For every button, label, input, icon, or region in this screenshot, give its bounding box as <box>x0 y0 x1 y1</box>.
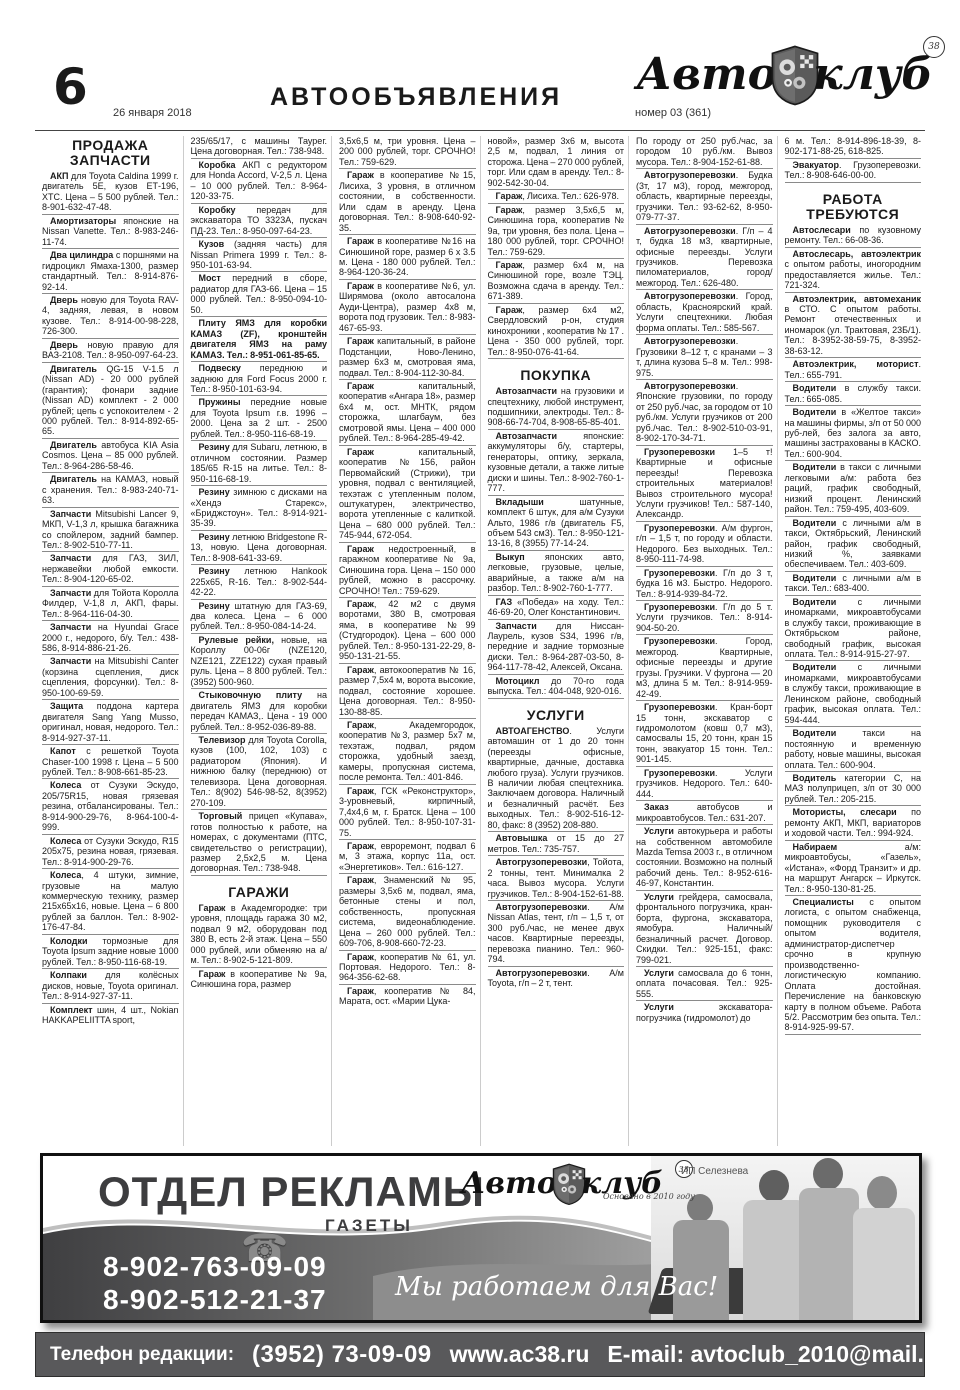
classifieds-area: ПРОДАЖА ЗАПЧАСТИАКП для Toyota Caldina 1… <box>35 136 925 1146</box>
ad-item: Гараж, кооператив № 84, Марата, ост. «Ма… <box>339 986 476 1008</box>
column-2: 235/65/17, с машины Таурег. Цена договор… <box>183 136 332 1146</box>
newspaper-page: { "header": { "page_number": "6", "date"… <box>0 0 960 1390</box>
ad-item: Запчасти для ГАЗ, ЗИЛ, нержавейки любой … <box>42 553 179 586</box>
ad-item: Резину для Subaru, летнюю, в отличном со… <box>191 442 328 486</box>
column-5: По городу от 250 руб./час, за городом 10… <box>628 136 777 1146</box>
ad-item: Автослесари по кузовному ремонту. Тел.: … <box>785 225 922 248</box>
ad-item: Гараж в Академгородке: три уровня, площа… <box>191 903 328 968</box>
ad-item: Пружины передние новые для Toyota Ipsum … <box>191 397 328 441</box>
ad-item: Плиту ЯМЗ для коробки КАМАЗ (ZF), кроншт… <box>191 318 328 362</box>
ad-item: Колпаки для колёсных дисков, новые, Toyo… <box>42 970 179 1003</box>
ad-item: По городу от 250 руб./час, за городом 10… <box>636 136 773 169</box>
ad-item: Гараж капитальный, кооператив №156, райо… <box>339 447 476 543</box>
ad-item: Колеса от Сузуки Эскудо, 205/75R15, нова… <box>42 780 179 834</box>
ad-item: Запчасти для Тойота Королла Филдер, V-1,… <box>42 588 179 621</box>
page-header: 6 26 января 2018 АВТООБЪЯВЛЕНИЯ номер 03… <box>35 58 925 130</box>
ad-item: Стыковочную плиту на двигатель ЯМЗ для к… <box>191 690 328 734</box>
section-heading: РАБОТА ТРЕБУЮТСЯ <box>785 192 922 222</box>
ad-item: Мотористы, слесари по ремонту АКП, МКП, … <box>785 807 922 840</box>
ad-item: Автогрузоперевозки. Будка (3т, 17 м3), г… <box>636 170 773 224</box>
ad-item: Гараж, Знаменский № 95, размеры 3,5х6 м,… <box>339 875 476 950</box>
ad-item: Гараж, размер 6х4 м, на Синюшиной горе, … <box>488 260 625 304</box>
ad-item: Гараж, кооператив № 61, ул. Портовая. Не… <box>339 952 476 985</box>
footer-bar: Телефон редакции: (3952) 73-09-09 www.ac… <box>35 1332 925 1377</box>
ad-item: Запчасти на Hyundai Grace 2000 г., недор… <box>42 622 179 655</box>
issue-number: номер 03 (361) <box>635 107 711 119</box>
page-title: АВТООБЪЯВЛЕНИЯ <box>270 83 562 112</box>
ad-item: Мост передний в сборе, радиатор для ГАЗ-… <box>191 273 328 317</box>
ad-item: Гараж, 42 м2 с двумя воротами, 380 В, см… <box>339 599 476 664</box>
logo-region-badge: 38 <box>923 36 945 58</box>
ad-item: Двигатель на КАМАЗ, новый с хранения. Те… <box>42 474 179 507</box>
banner-phone-1: 8-902-763-09-09 <box>103 1250 327 1283</box>
ad-item: Торговый прицеп «Купава», готов полность… <box>191 811 328 876</box>
ad-item: АКП для Toyota Caldina 1999 г. двигатель… <box>42 171 179 215</box>
ad-item: Резину зимнюю с дисками на «Хендэ Старек… <box>191 487 328 531</box>
banner-subtitle: ГАЗЕТЫ <box>325 1216 413 1236</box>
ad-item: Водители с личными а/м в такси, Октябрьс… <box>785 518 922 572</box>
ad-item: Коробку передач для экскаватора ТО 3323А… <box>191 205 328 238</box>
banner-owner: ИП Селезнева <box>681 1166 748 1177</box>
ad-item: Резину летнюю Hankook 225х65, R-16. Тел.… <box>191 566 328 599</box>
ad-item: 6 м. Тел.: 8-914-896-18-39, 8-902-171-88… <box>785 136 922 159</box>
banner-title: ОТДЕЛ РЕКЛАМЫ <box>98 1168 485 1216</box>
footer-website: www.ac38.ru <box>450 1341 590 1368</box>
ad-item: Водители с личными иномарками, микроавто… <box>785 662 922 727</box>
ad-item: Водители в службу такси. Тел.: 665-085. <box>785 383 922 406</box>
ad-item: Водитель категории С, на МАЗ полуприцеп,… <box>785 773 922 806</box>
banner-phone-2: 8-902-512-21-37 <box>103 1283 327 1316</box>
ad-item: Амортизаторы японские на Nissan Vanette.… <box>42 216 179 249</box>
section-heading: ПОКУПКА <box>488 368 625 383</box>
ad-item: Гараж капитальный, кооператив «Ангара 18… <box>339 381 476 446</box>
ad-item: Гараж, Академгородок, кооператив №3, раз… <box>339 720 476 785</box>
ad-item: Гараж в кооперативе № 9а, Синюшина гора,… <box>191 969 328 991</box>
issue-date: 26 января 2018 <box>113 107 192 119</box>
ad-item: Гараж недостроенный, в гаражном кооперат… <box>339 544 476 598</box>
section-heading: УСЛУГИ <box>488 708 625 723</box>
ad-item: Водители в такси с личными легковыми а/м… <box>785 462 922 516</box>
page-number: 6 <box>53 62 88 112</box>
ad-item: Автовышка от 15 до 27 метров. Тел.: 735-… <box>488 833 625 856</box>
ad-item: Резину штатную для ГАЗ-69, два колеса. Ц… <box>191 601 328 634</box>
ad-item: Грузоперевозки. А/м фургон, г/п – 1,5 т,… <box>636 523 773 567</box>
column-1: ПРОДАЖА ЗАПЧАСТИАКП для Toyota Caldina 1… <box>35 136 183 1146</box>
logo-word-2: клуб <box>813 53 933 97</box>
ad-item: Заказ автобусов и микроавтобусов. Тел.: … <box>636 802 773 825</box>
ad-item: Услуги экскаватора-погрузчика (гидромоло… <box>636 1002 773 1024</box>
ad-item: Колодки тормозные для Toyota Ipsum задни… <box>42 936 179 969</box>
ad-item: Запчасти Mitsubishi Lancer 9, МКП, V-1,3… <box>42 509 179 553</box>
ad-item: ГАЗ «Победа» на ходу. Тел.: 46-69-20, Ол… <box>488 597 625 620</box>
ad-item: Автогрузоперевозки. Город, область, Крас… <box>636 291 773 335</box>
logo-founded-text: Основано в 2010 году <box>603 1192 695 1201</box>
ad-item: Гараж в кооперативе №15, Лисиха, 3 уровн… <box>339 170 476 235</box>
section-heading: ГАРАЖИ <box>191 885 328 900</box>
ad-item: новой», размер 3х6 м, высота 2,5 м, подв… <box>488 136 625 190</box>
footer-phone-label: Телефон редакции: <box>50 1344 234 1366</box>
ad-item: Гараж капитальный, в районе Подстанции, … <box>339 336 476 380</box>
ad-item: Рулевые рейки, новые, на Короллу 00-06г … <box>191 635 328 689</box>
column-4: новой», размер 3х6 м, высота 2,5 м, подв… <box>480 136 629 1146</box>
ad-item: Грузоперевозки. Услуги грузчиков. Недоро… <box>636 768 773 801</box>
column-6: 6 м. Тел.: 8-914-896-18-39, 8-902-171-88… <box>777 136 926 1146</box>
ad-item: Грузоперевозки. Г/п до 3 т, будка 16 м3.… <box>636 568 773 601</box>
ad-item: Защита поддона картера двигателя Sang Ya… <box>42 701 179 745</box>
ad-item: Набираем а/м: микроавтобусы, «Газель», «… <box>785 842 922 896</box>
ad-item: Телевизор для Toyota Corolla, кузов (100… <box>191 735 328 810</box>
ad-item: Запчасти для Ниссан-Лаурель, кузов S34, … <box>488 621 625 675</box>
logo-word-1: Авто <box>636 53 777 97</box>
banner-slogan: Мы работаем для Вас! <box>395 1272 718 1302</box>
ad-item: Колеса, 4 штуки, зимние, грузовые на мал… <box>42 870 179 935</box>
ad-item: Вкладыши шатунные, комплект 6 штук, для … <box>488 497 625 551</box>
section-heading: ПРОДАЖА ЗАПЧАСТИ <box>42 138 179 168</box>
ad-item: Услуги самосвала до 6 тонн, оплата почас… <box>636 968 773 1001</box>
ad-item: Капот с решеткой Toyota Chaser-100 1998 … <box>42 746 179 779</box>
ad-item: Грузоперевозки. Город, межгород. Квартир… <box>636 636 773 701</box>
logo-word-1: Авто <box>461 1169 557 1199</box>
ad-item: Гараж, размер 6х4 м2, Свердловский р-он,… <box>488 305 625 359</box>
ad-item: Водители в «Желтое такси» на машины фирм… <box>785 407 922 461</box>
footer-phone: (3952) 73-09-09 <box>252 1341 432 1369</box>
ad-item: 3,5х6,5 м, три уровня. Цена – 200 000 ру… <box>339 136 476 169</box>
ad-item: Эвакуатор. Грузоперевозки. Тел.: 8-908-6… <box>785 160 922 183</box>
ad-item: Автогрузоперевозки. Грузовики 8–12 т, с … <box>636 336 773 380</box>
ad-item: Водители с личными а/м в такси. Тел.: 68… <box>785 573 922 596</box>
ad-item: Автогрузоперевозки. Японские грузовики, … <box>636 381 773 446</box>
ad-item: Грузоперевозки 1–5 т! Квартирные и офисн… <box>636 447 773 522</box>
ad-item: Двигатель QG-15 V-1.5 л (Nissan AD) - 20… <box>42 364 179 439</box>
banner-phones: 8-902-763-09-09 8-902-512-21-37 <box>103 1250 327 1316</box>
ad-item: Гараж, Лисиха. Тел.: 626-978. <box>488 191 625 203</box>
ad-item: Автогрузоперевозки, Тойота, 2 тонны, тен… <box>488 857 625 901</box>
ad-item: Подвеску переднюю и заднюю для Ford Focu… <box>191 363 328 396</box>
ad-item: Гараж, ГСК «Реконструктор», 3-уровневый,… <box>339 786 476 840</box>
ad-item: Кузов (задняя часть) для Nissan Primera … <box>191 239 328 272</box>
ad-item: Коробка АКП с редуктором для Honda Accor… <box>191 160 328 204</box>
ad-item: АВТОАГЕНСТВО. Услуги автомашин от 1 до 2… <box>488 726 625 833</box>
advert-banner: ОТДЕЛ РЕКЛАМЫ ГАЗЕТЫ ☎ 8-902-763-09-09 8… <box>40 1153 922 1323</box>
ad-item: Грузоперевозки. Г/п до 5 т. Услуги грузч… <box>636 602 773 635</box>
ad-item: Грузоперевозки. Кран-борт 15 тонн, экска… <box>636 702 773 767</box>
ad-item: Водители такси на постоянную и временную… <box>785 728 922 772</box>
ad-item: Услуги автокурьера и работы на собственн… <box>636 826 773 891</box>
ad-item: Услуги грейдера, самосвала, фронтального… <box>636 892 773 967</box>
ad-item: Дверь новую для Toyota RAV-4, задняя, ле… <box>42 295 179 339</box>
ad-item: Автогрузоперевозки. Г/п – 4 т, будка 18 … <box>636 226 773 291</box>
ad-item: Автозапчасти японские: аккумуляторы б/у,… <box>488 431 625 496</box>
ad-item: Автоэлектрик, моторист. Тел.: 655-791. <box>785 359 922 382</box>
header-rule <box>35 130 925 131</box>
ad-item: Автогрузоперевозки. А/м Nissan Atlas, те… <box>488 902 625 967</box>
ad-item: Дверь новую правую для ВАЗ-2108. Тел.: 8… <box>42 340 179 363</box>
ad-item: Гараж, евроремонт, подвал 6 м, 3 этажа, … <box>339 841 476 874</box>
ad-item: Автоэлектрик, автомеханик в СТО. С опыто… <box>785 294 922 359</box>
ad-item: 235/65/17, с машины Таурег. Цена договор… <box>191 136 328 159</box>
column-3: 3,5х6,5 м, три уровня. Цена – 200 000 ру… <box>331 136 480 1146</box>
ad-item: Автослесарь, автоэлектрик с опытом работ… <box>785 249 922 293</box>
ad-item: Гараж, размер 3,5х6,5 м, Синюшина гора, … <box>488 205 625 259</box>
ad-item: Резину летнюю Bridgestone R-13, новую. Ц… <box>191 532 328 565</box>
footer-email: E-mail: avtoclub_2010@mail.ru <box>607 1341 946 1368</box>
ad-item: Специалисты с опытом логиста, с опытом с… <box>785 897 922 1035</box>
ad-item: Гараж в кооперативе №6, ул. Ширямова (ок… <box>339 281 476 335</box>
ad-item: Запчасти на Mitsubishi Canter (корзина с… <box>42 656 179 700</box>
ad-item: Комплект шин, 4 шт., Nokian HAKKAPELIITT… <box>42 1005 179 1027</box>
ad-item: Мотоцикл до 70-го года выпуска. Тел.: 40… <box>488 676 625 699</box>
ad-item: Два цилиндра с поршнями на гидроцикл Яма… <box>42 250 179 294</box>
ad-item: Автогрузоперевозки. А/м Toyota, г/п – 2 … <box>488 968 625 990</box>
ad-item: Двигатель автобуса KIA Asia Cosmos. Цена… <box>42 440 179 473</box>
ad-item: Гараж в кооперативе №16 на Синюшиной гор… <box>339 236 476 280</box>
newspaper-logo: Авто клуб 38 <box>636 44 933 106</box>
ad-item: Автозапчасти на грузовики и спецтехнику,… <box>488 386 625 430</box>
ad-item: Колеса от Сузуки Эскудо, R15 205х75, рез… <box>42 836 179 869</box>
ad-item: Гараж, автокооператив № 16, размер 7,5х4… <box>339 665 476 719</box>
ad-item: Выкуп японских авто, легковые, грузовые,… <box>488 552 625 596</box>
ad-item: Водители с личными иномарками, микроавто… <box>785 597 922 662</box>
